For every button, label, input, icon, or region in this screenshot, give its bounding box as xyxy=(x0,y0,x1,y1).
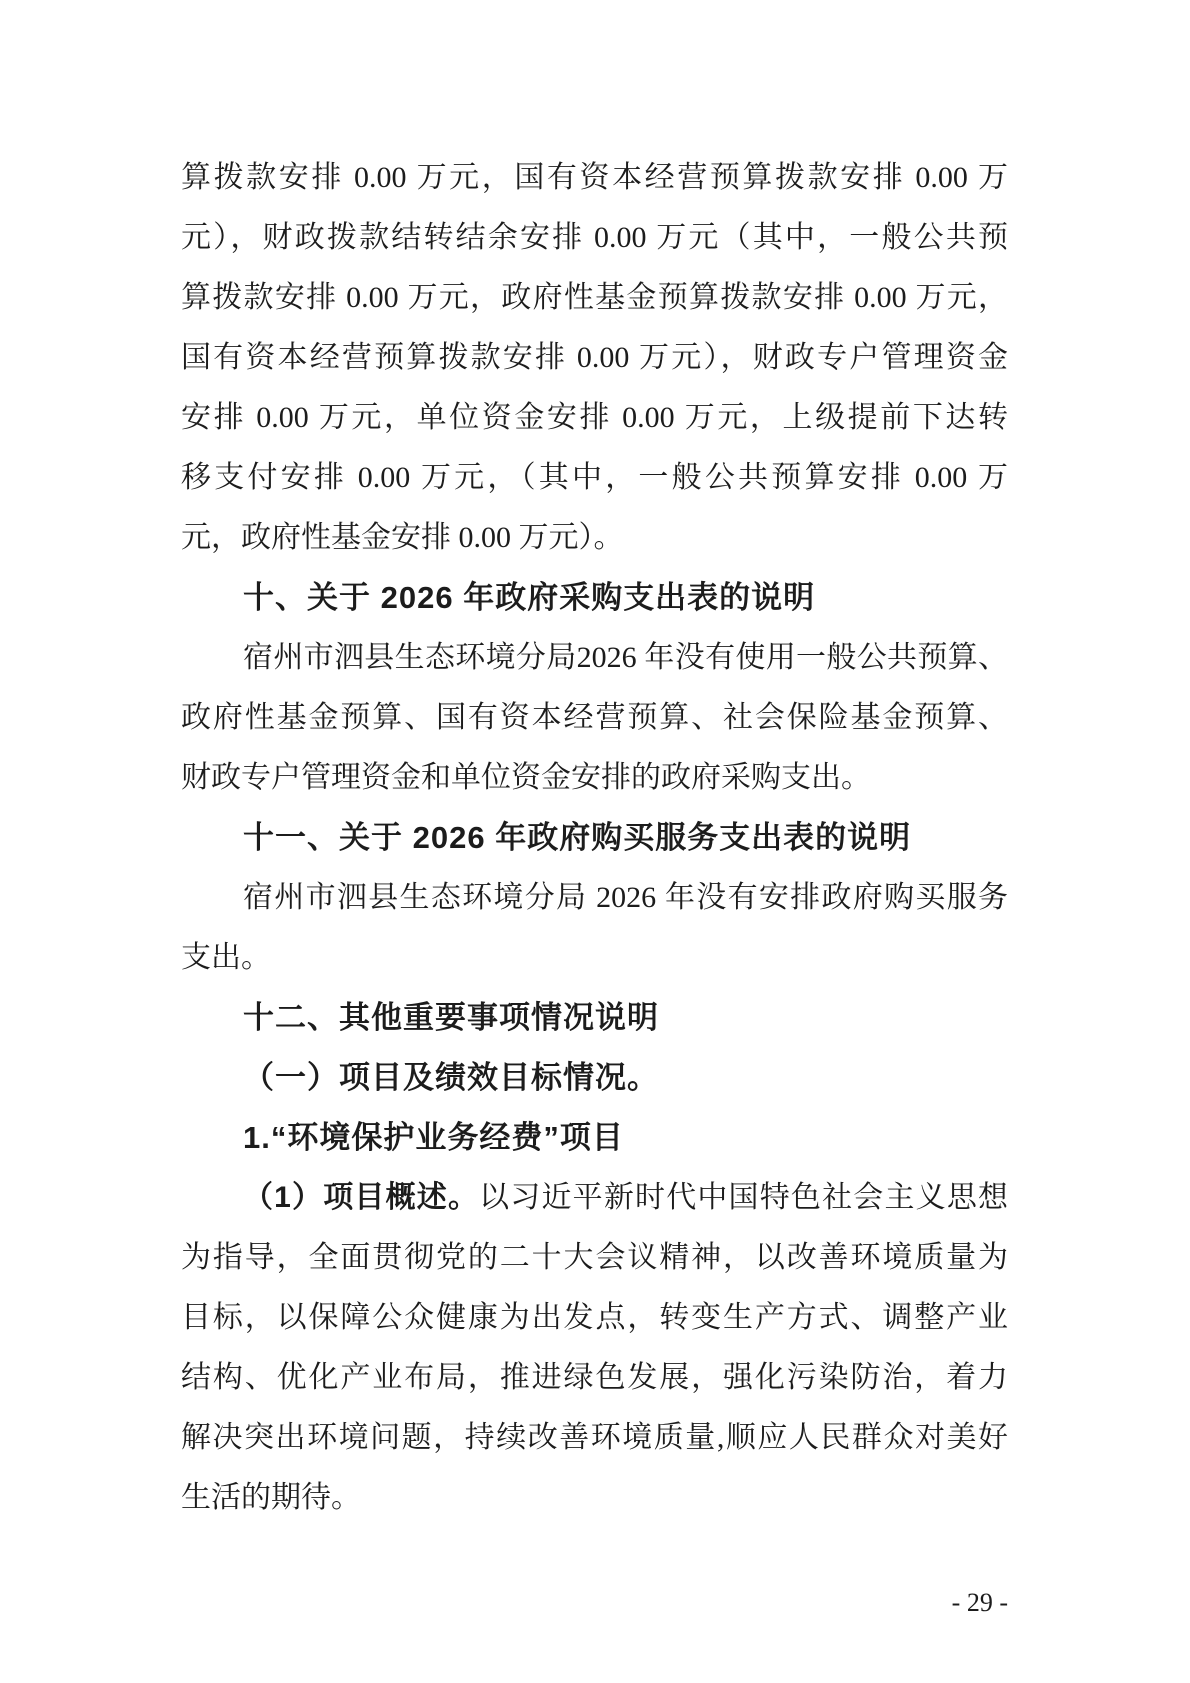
text-line: 元），财政拨款结转结余安排 0.00 万元（其中，一般公共预 xyxy=(181,208,1008,268)
text-line: 为指导，全面贯彻党的二十大会议精神，以改善环境质量为 xyxy=(181,1228,1008,1288)
overview-text: 以习近平新时代中国特色社会主义思想 xyxy=(479,1181,1008,1214)
text-line: 解决突出环境问题，持续改善环境质量,顺应人民群众对美好 xyxy=(181,1408,1008,1468)
section-heading-10: 十、关于 2026 年政府采购支出表的说明 xyxy=(181,568,1008,628)
text-line: 政府性基金预算、国有资本经营预算、社会保险基金预算、 xyxy=(181,688,1008,748)
text-line: 目标，以保障公众健康为出发点，转变生产方式、调整产业 xyxy=(181,1288,1008,1348)
carryover-paragraph: 算拨款安排 0.00 万元，国有资本经营预算拨款安排 0.00 万 元），财政拨… xyxy=(181,148,1008,568)
subsection-heading: （一）项目及绩效目标情况。 xyxy=(181,1048,1008,1108)
text-line: 元，政府性基金安排 0.00 万元）。 xyxy=(181,508,1008,568)
text-line: 算拨款安排 0.00 万元，国有资本经营预算拨款安排 0.00 万 xyxy=(181,148,1008,208)
text-line: 宿州市泗县生态环境分局2026 年没有使用一般公共预算、 xyxy=(181,628,1008,688)
document-page: 算拨款安排 0.00 万元，国有资本经营预算拨款安排 0.00 万 元），财政拨… xyxy=(0,0,1190,1683)
text-line: 国有资本经营预算拨款安排 0.00 万元），财政专户管理资金 xyxy=(181,328,1008,388)
section-heading-12: 十二、其他重要事项情况说明 xyxy=(181,988,1008,1048)
text-line: 财政专户管理资金和单位资金安排的政府采购支出。 xyxy=(181,748,1008,808)
document-body: 算拨款安排 0.00 万元，国有资本经营预算拨款安排 0.00 万 元），财政拨… xyxy=(181,148,1008,1528)
text-line: 生活的期待。 xyxy=(181,1468,1008,1528)
text-line: 结构、优化产业布局，推进绿色发展，强化污染防治，着力 xyxy=(181,1348,1008,1408)
text-line: 算拨款安排 0.00 万元，政府性基金预算拨款安排 0.00 万元， xyxy=(181,268,1008,328)
section-heading-11: 十一、关于 2026 年政府购买服务支出表的说明 xyxy=(181,808,1008,868)
text-line: （1）项目概述。以习近平新时代中国特色社会主义思想 xyxy=(181,1168,1008,1228)
overview-lead-label: （1）项目概述。 xyxy=(243,1181,479,1214)
text-line: 安排 0.00 万元，单位资金安排 0.00 万元，上级提前下达转 xyxy=(181,388,1008,448)
text-line: 宿州市泗县生态环境分局 2026 年没有安排政府购买服务 xyxy=(181,868,1008,928)
section-10-paragraph: 宿州市泗县生态环境分局2026 年没有使用一般公共预算、 政府性基金预算、国有资… xyxy=(181,628,1008,808)
text-line: 移支付安排 0.00 万元，（其中，一般公共预算安排 0.00 万 xyxy=(181,448,1008,508)
page-number: - 29 - xyxy=(952,1583,1008,1623)
text-line: 支出。 xyxy=(181,928,1008,988)
section-11-paragraph: 宿州市泗县生态环境分局 2026 年没有安排政府购买服务 支出。 xyxy=(181,868,1008,988)
project-overview-paragraph: （1）项目概述。以习近平新时代中国特色社会主义思想 为指导，全面贯彻党的二十大会… xyxy=(181,1168,1008,1528)
project-heading: 1.“环境保护业务经费”项目 xyxy=(181,1108,1008,1168)
